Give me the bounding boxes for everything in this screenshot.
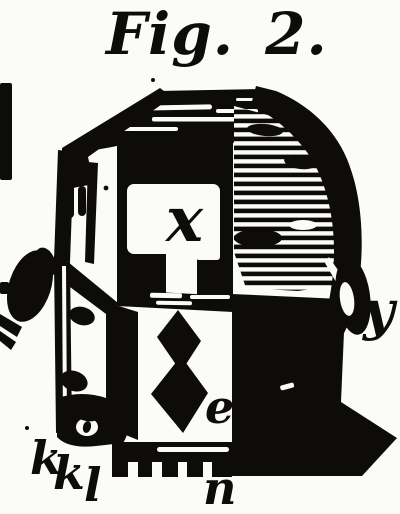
label-n: n — [203, 461, 236, 514]
engraving-fig2: Fig. 2. x — [0, 0, 400, 514]
label-l: l — [84, 458, 101, 512]
page-edge-ink-bar — [0, 83, 12, 180]
label-x: x — [164, 183, 204, 256]
figure-title: Fig. 2. — [104, 0, 328, 68]
label-e: e — [205, 380, 234, 434]
label-k-mid: k — [53, 446, 85, 500]
scanned-page: Fig. 2. x — [0, 0, 400, 514]
door-interior — [106, 302, 138, 440]
label-y: y — [362, 278, 398, 342]
x-window-stem — [166, 250, 197, 296]
base-streak — [157, 447, 229, 452]
